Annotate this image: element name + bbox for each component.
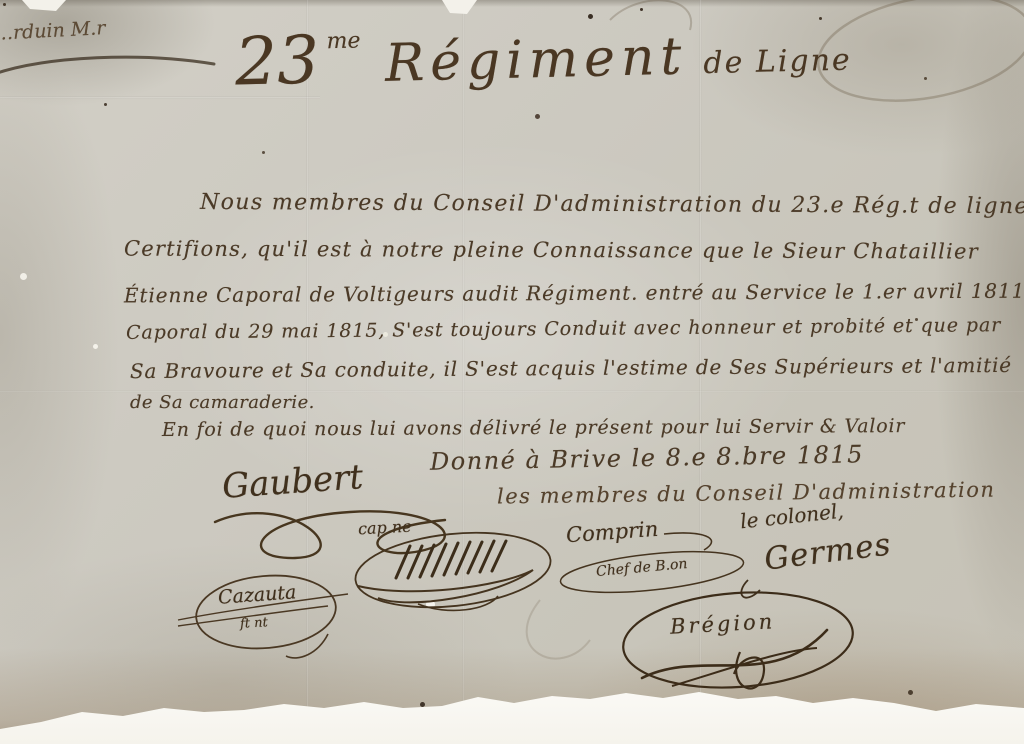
scanned-document: …rduin M.r 23me Régiment de Ligne Nous m… [0, 0, 1024, 744]
signature-illegible-hatched [348, 526, 563, 621]
corner-annotation-swash [0, 48, 222, 78]
signature-cazauta: Cazauta ft nt [178, 568, 358, 660]
bregion-oval-paraph [612, 590, 872, 705]
attestation-line: En foi de quoi nous lui avons délivré le… [162, 415, 905, 441]
body-line-3: Étienne Caporal de Voltigeurs audit Régi… [124, 279, 1024, 308]
hatched-oval-flourish [348, 526, 563, 621]
paper-flecks [93, 344, 98, 349]
signature-bregion: Brégion [612, 590, 872, 705]
body-line-2: Certifions, qu'il est à notre pleine Con… [124, 237, 979, 264]
regiment-number: 23 [234, 27, 320, 95]
regiment-word: Régiment [384, 30, 687, 89]
regiment-suffix: de Ligne [703, 42, 852, 81]
regiment-ordinal: me [326, 28, 360, 54]
ink-specks [3, 3, 6, 6]
cazauta-circle-flourish [178, 568, 358, 660]
body-line-4: Caporal du 29 mai 1815, S'est toujours C… [126, 314, 1001, 344]
signature-cazauta-note: ft nt [240, 615, 269, 631]
body-line-1: Nous membres du Conseil D'administration… [200, 190, 1024, 219]
document-paper: …rduin M.r 23me Régiment de Ligne Nous m… [0, 0, 1024, 744]
body-line-5: Sa Bravoure et Sa conduite, il S'est acq… [130, 353, 1012, 383]
regiment-title: 23me Régiment de Ligne [234, 14, 852, 95]
signature-comprin: Comprin Chef de B.on [552, 520, 762, 600]
corner-annotation: …rduin M.r [0, 17, 106, 45]
body-line-6: de Sa camaraderie. [130, 392, 315, 413]
